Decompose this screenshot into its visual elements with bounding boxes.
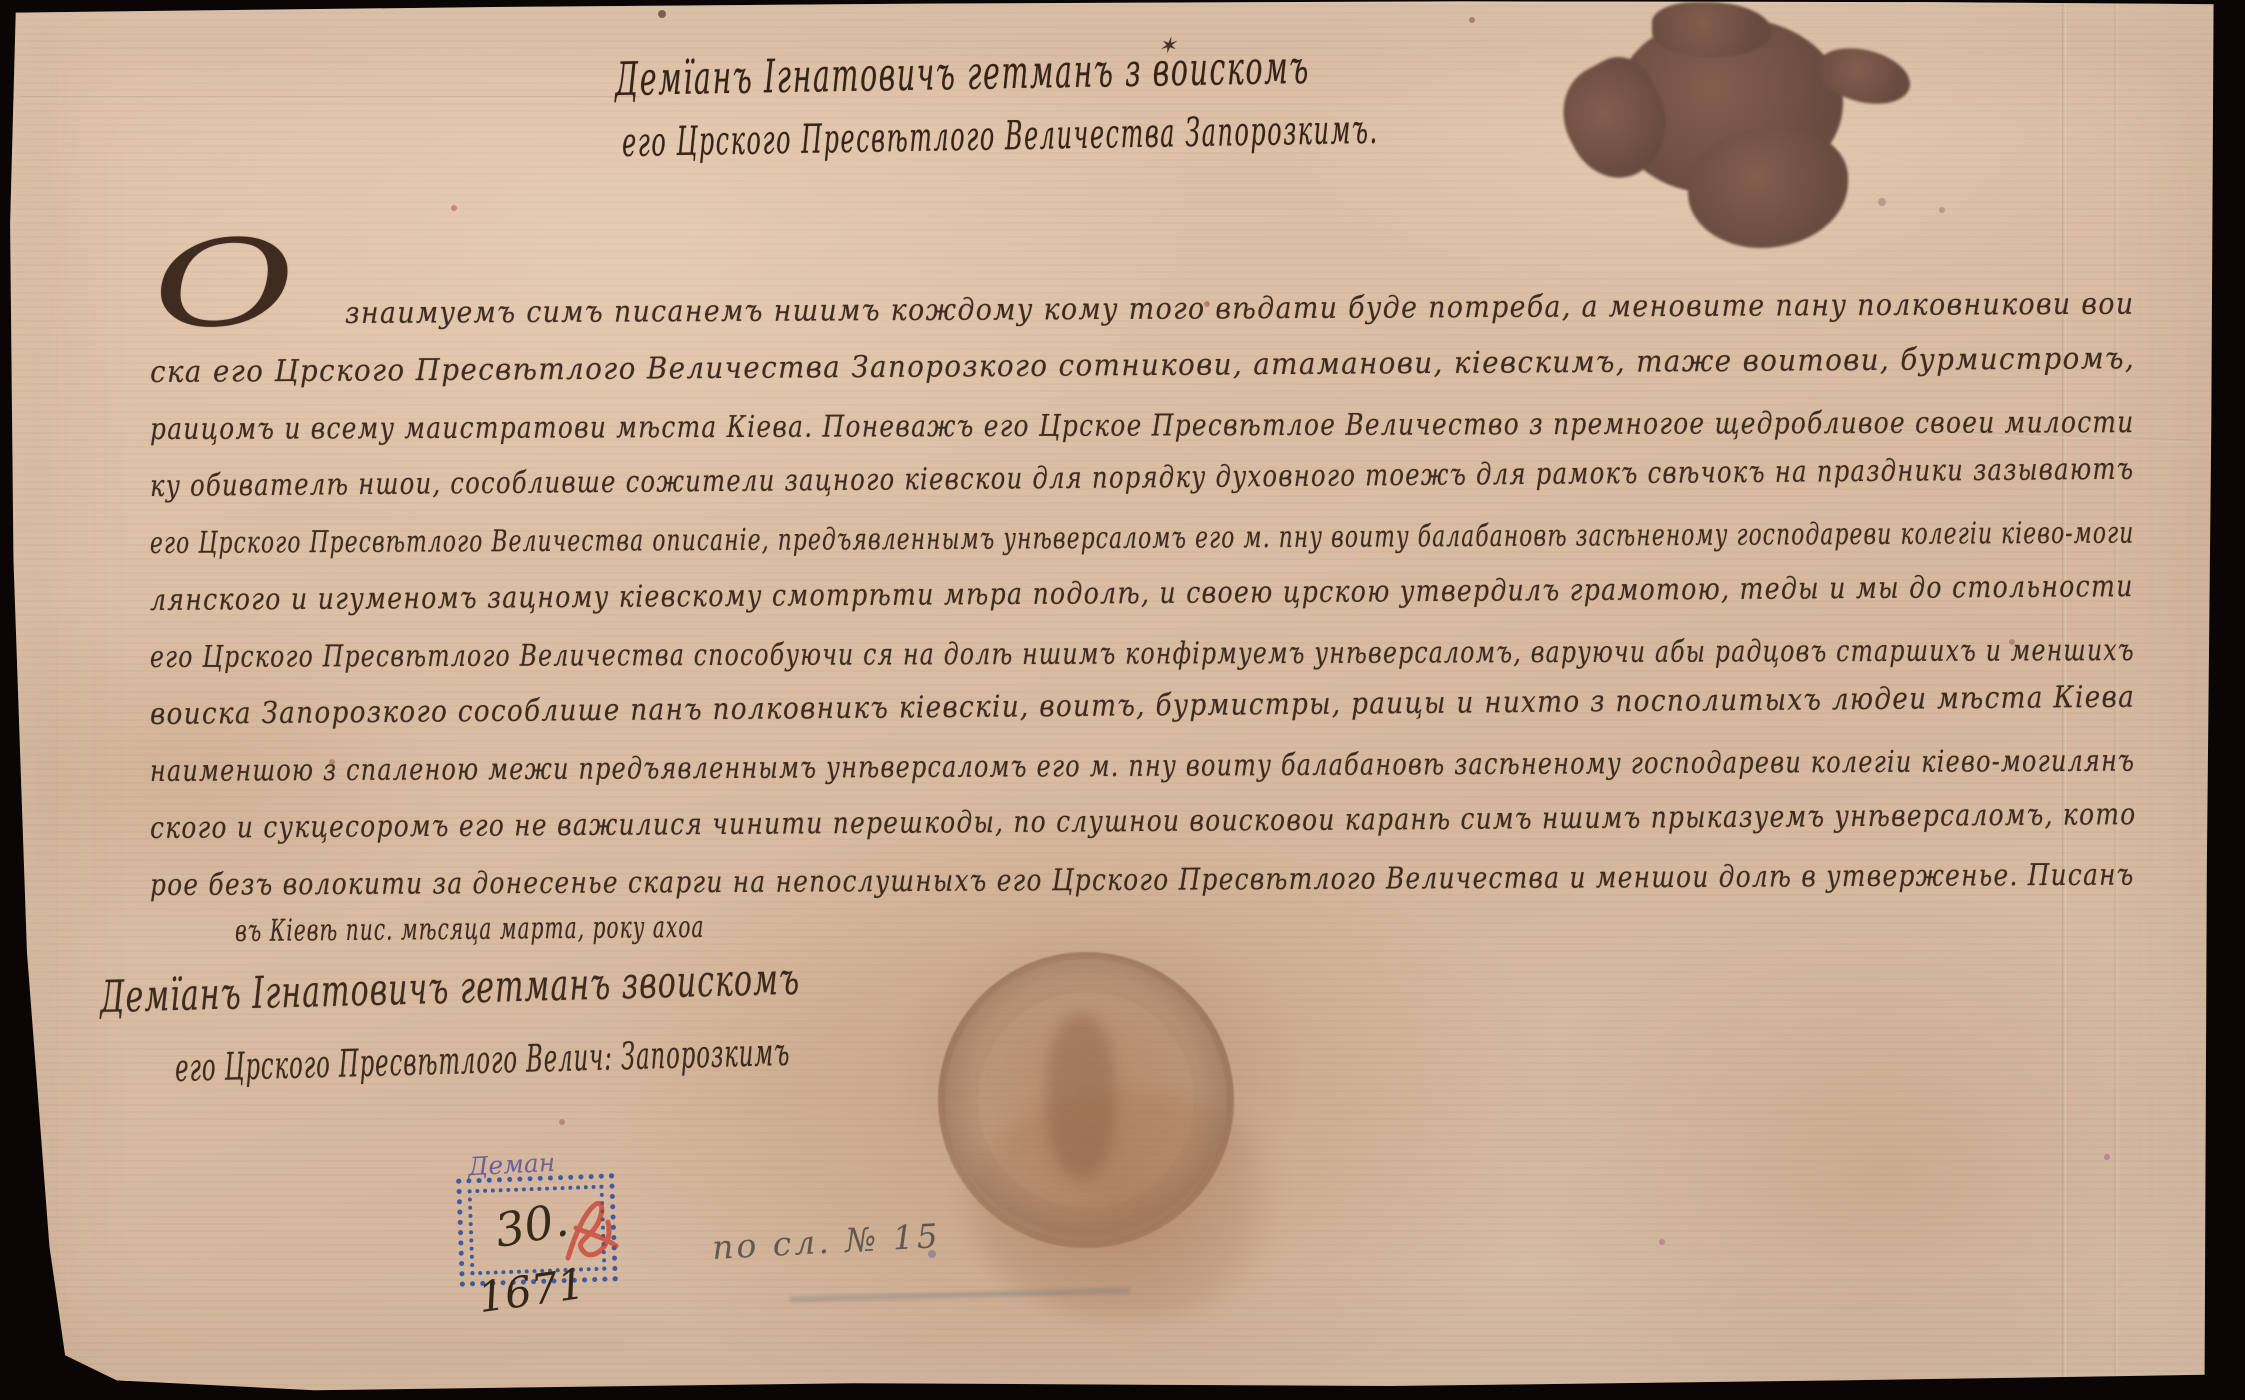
body-line: ского и сукцесоромъ его не важилися чини… bbox=[150, 799, 1800, 846]
horizontal-crease bbox=[20, 96, 640, 99]
body-line: наименшою з спаленою межи предъявленнымъ… bbox=[150, 746, 1734, 789]
date-line: въ Кіевѣ пис. мѣсяца марта, року ахоа bbox=[235, 911, 552, 949]
seal-cossack-figure bbox=[1046, 1014, 1116, 1179]
fox-spots bbox=[0, 0, 4, 4]
body-line: рое безъ волокити за донесенье скарги на… bbox=[150, 859, 1796, 903]
red-paraph-mark bbox=[556, 1188, 628, 1270]
signature-line: Демїанъ Ігнатовичъ гетманъ звоискомъ bbox=[99, 959, 578, 1022]
body-line: ку обивателѣ ншои, сособливше сожители з… bbox=[150, 455, 1760, 504]
parchment-sheet: ✶ Демїанъ Ігнатовичъ гетманъ з воискомъ … bbox=[0, 0, 2245, 1400]
pencil-note: по сл. № 15 bbox=[711, 1216, 942, 1267]
embossed-seal bbox=[938, 952, 1234, 1248]
body-line: знаимуемъ симъ писанемъ ншимъ кождому ко… bbox=[345, 288, 1945, 331]
signature-line: его Црского Пресвѣтлого Велич: Запорозки… bbox=[174, 1037, 526, 1090]
photo-background: ✶ Демїанъ Ігнатовичъ гетманъ з воискомъ … bbox=[0, 0, 2245, 1400]
body-line: ска его Црского Пресвѣтлого Величества З… bbox=[150, 342, 1984, 390]
body-line: лянского и игуменомъ зацному кіевскому с… bbox=[150, 571, 1818, 618]
initial-letter: О bbox=[145, 211, 304, 355]
body-line: его Црского Пресвѣтлого Величества описа… bbox=[150, 518, 1593, 561]
header-line: его Црского Пресвѣтлого Величества Запор… bbox=[622, 113, 1036, 166]
body-line: воиска Запорозкого сособлише панъ полков… bbox=[150, 682, 1887, 732]
header-line: Демїанъ Ігнатовичъ гетманъ з воискомъ bbox=[615, 44, 1046, 105]
body-line: раицомъ и всему маистратови мѣста Кіева.… bbox=[150, 406, 1798, 447]
body-line: его Црского Пресвѣтлого Величества спосо… bbox=[150, 635, 1712, 675]
